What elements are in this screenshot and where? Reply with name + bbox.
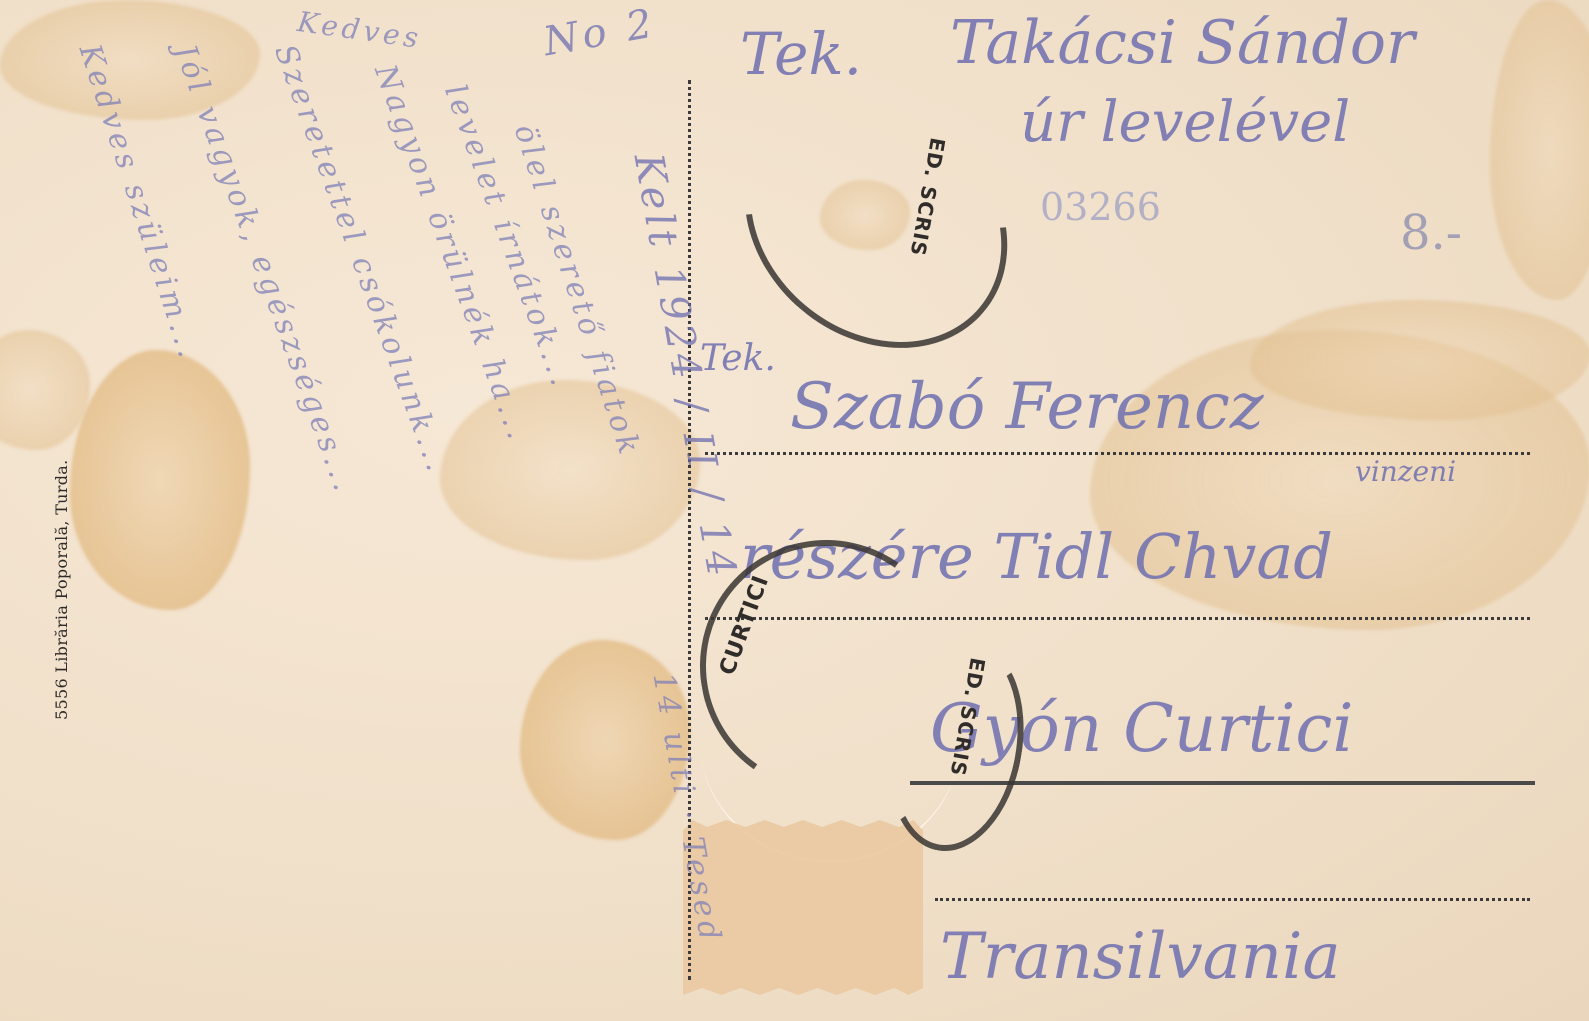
address-line-4 <box>935 898 1530 901</box>
publisher-imprint: 5556 Librăria Poporală, Turda. <box>52 460 71 721</box>
address-line-4-text: Transilvania <box>940 920 1341 994</box>
number-mark: No 2 <box>540 0 660 65</box>
water-stain <box>0 330 90 450</box>
addressee-top: Takácsi Sándor <box>950 8 1415 78</box>
recipient-name: Szabó Ferencz <box>790 370 1264 444</box>
header-scrawl: Kedves <box>295 5 424 55</box>
water-stain <box>1490 0 1589 300</box>
water-stain <box>440 380 700 560</box>
recipient-annotation: vinzeni <box>1355 455 1456 488</box>
water-stain <box>1250 300 1589 420</box>
recipient-prefix: Tek. <box>700 338 776 379</box>
pencil-reference: 03266 <box>1040 185 1161 229</box>
addressee-top-line2: úr levelével <box>1020 90 1350 155</box>
salutation: Tek. <box>740 20 862 88</box>
water-stain <box>70 350 250 610</box>
postcard: 5556 Librăria Poporală, Turda. Kedves sz… <box>0 0 1589 1021</box>
message-line: Szeretettel csókolunk... <box>267 40 455 479</box>
price: 8.- <box>1400 205 1462 261</box>
